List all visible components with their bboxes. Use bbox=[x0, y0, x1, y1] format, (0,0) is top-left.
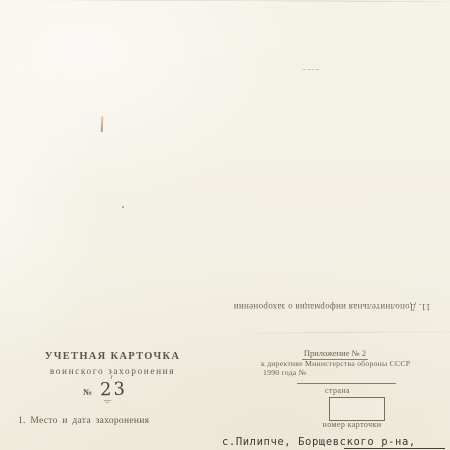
paper-crease-line bbox=[0, 0, 450, 2]
section-1-heading: 1. Место и дата захоронения bbox=[18, 416, 149, 426]
stray-under-mark bbox=[104, 400, 111, 401]
page-title: УЧЕТНАЯ КАРТОЧКА bbox=[40, 351, 185, 362]
paper-crease-line-secondary bbox=[235, 331, 450, 334]
appendix-directive-line: к директиве Министерства обороны СССР bbox=[261, 359, 410, 368]
faint-dash-marks bbox=[303, 69, 319, 70]
appendix-year-line: 1990 года № bbox=[263, 368, 306, 377]
horizontal-rule bbox=[297, 383, 396, 384]
appendix-heading: Приложение № 2 bbox=[270, 348, 400, 358]
section-11-heading-upside-down: 11. Дополнительная информация о захороне… bbox=[220, 302, 444, 312]
scanned-burial-record-card: 11. Дополнительная информация о захороне… bbox=[0, 0, 450, 450]
card-number-handwritten: 23 bbox=[100, 379, 127, 401]
card-number-box bbox=[329, 397, 385, 421]
red-ink-stray-mark bbox=[101, 116, 104, 132]
stray-dot-mark bbox=[122, 206, 124, 208]
country-label: страна bbox=[310, 386, 365, 395]
card-number-label: номер карточки bbox=[307, 420, 397, 429]
stray-under-mark bbox=[105, 402, 109, 403]
page-subtitle: воинского захоронения bbox=[40, 367, 185, 377]
number-sign: № bbox=[83, 387, 92, 397]
entry-underline bbox=[344, 448, 445, 449]
location-entry-typed: с.Пилипче, Борщевского р-на, bbox=[222, 436, 416, 448]
